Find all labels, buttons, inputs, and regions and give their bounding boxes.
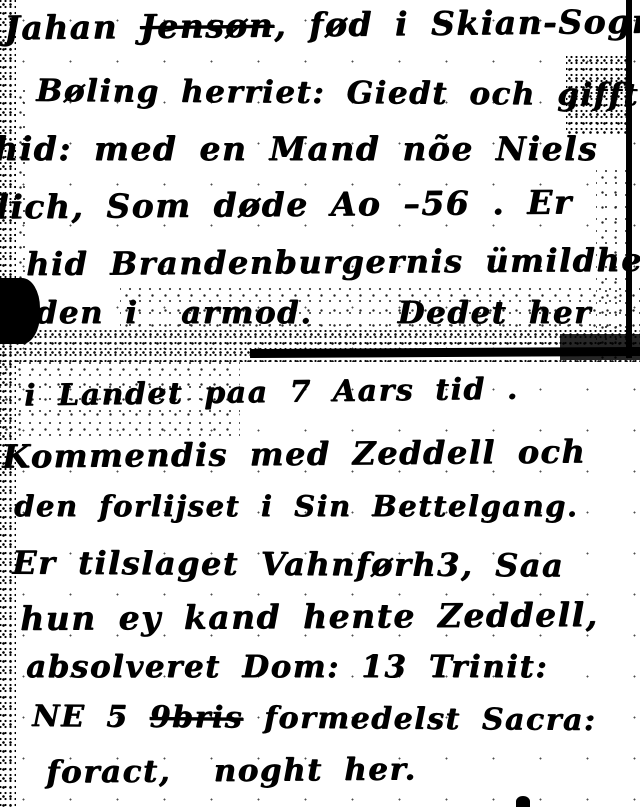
manuscript-line-14: foract, noght her. <box>46 754 417 788</box>
manuscript-line-13: NE 5 9bris formedelst Sacra: <box>32 702 597 736</box>
line1-struck-word: Jensøn <box>140 6 275 46</box>
stray-ink-mark <box>516 796 530 807</box>
line13-struck-word: 9bris <box>149 700 243 736</box>
manuscript-page: Jahan Jensøn, fød i Skian-Sogn Bøling he… <box>0 0 640 807</box>
manuscript-line-9: den forlijset i Sin Bettelgang. <box>14 492 578 521</box>
line13-text: NE 5 <box>32 699 150 735</box>
manuscript-line-3: hid: med en Mand nõe Niels <box>0 132 598 165</box>
manuscript-line-12: absolveret Dom: 13 Trinit: <box>26 652 548 683</box>
manuscript-line-11: hun ey kand hente Zeddell, <box>20 598 599 635</box>
line1-text-tail: , fød i Skian-Sogn <box>274 2 640 45</box>
line13-text-tail: formedelst Sacra: <box>243 701 597 738</box>
manuscript-line-1: Jahan Jensøn, fød i Skian-Sogn <box>4 5 640 45</box>
scan-noise-top-right <box>566 56 626 134</box>
scan-noise-seam-top <box>120 288 640 332</box>
line1-text: Jahan <box>4 7 140 47</box>
manuscript-line-10: Er tilslaget Vahnførh3, Saa <box>12 547 564 582</box>
manuscript-line-5: hid Brandenburgernis ümildhe <box>26 244 640 280</box>
manuscript-line-2: Bøling herriet: Giedt och gifft <box>36 76 639 111</box>
scan-noise-below-seam <box>0 362 240 440</box>
manuscript-line-4: lich, Som døde Ao –56 . Er <box>0 185 573 223</box>
manuscript-line-8: Kommendis med Zeddell och <box>2 435 586 472</box>
